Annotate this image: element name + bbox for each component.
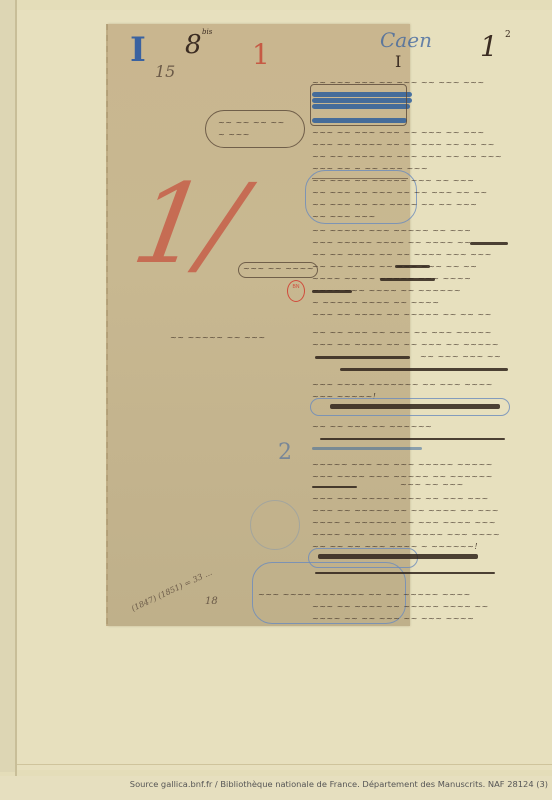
roman-numeral-blue: I bbox=[130, 30, 146, 70]
text-line: ~ ~~~~~ ~~~~ ~~ ~~~~ bbox=[312, 298, 439, 307]
margin-note-loop bbox=[205, 110, 305, 148]
text-line: ~~~ ~~ ~~~ bbox=[400, 480, 464, 489]
mount-bottom-edge bbox=[17, 764, 552, 765]
red-folio-number: 1 bbox=[252, 38, 270, 71]
text-line: ~~~ ~~~~~ ~~~~ ~~ ~~~~ ~~ bbox=[312, 238, 471, 247]
ink-strikethrough bbox=[315, 572, 495, 574]
text-line: ~~~~ ~~~ ~~~~ ~~~~~~ ~~~ ~~~~ bbox=[312, 530, 500, 539]
margin-note-line: ~~ ~~ ~~ ~~ bbox=[218, 118, 285, 127]
text-line: ~~~~ ~~ ~~ ~~~ ~~ ~~~ ~~~~ bbox=[312, 614, 474, 623]
ink-strikethrough bbox=[312, 486, 357, 488]
ink-strikethrough bbox=[320, 438, 505, 440]
pencil-number-18: 18 bbox=[205, 596, 218, 607]
folio-number-8: 8 bbox=[185, 30, 202, 60]
margin-insert: ~~~ ~~ ~~~~ bbox=[243, 264, 314, 273]
ink-strikethrough bbox=[340, 368, 508, 371]
source-caption: Source gallica.bnf.fr / Bibliothèque nat… bbox=[130, 779, 548, 789]
text-line: ~~~ ~~ ~~~~ ~~ ~~~~~ ~~ ~~ ~~ bbox=[312, 310, 492, 319]
text-line: ~~~ ~~ ~~~~~ ~~ ~~ ~~~~ ~~ ~~~ bbox=[312, 506, 499, 515]
text-line: ~~~~~ ~~~ ~~ ~~~ ~~~~~ ~~~~~ bbox=[312, 460, 493, 469]
text-line: ~~~ ~~ ~~~~ ~~ ~~ ~~~ ~~ ~~ ~~ bbox=[312, 140, 495, 149]
page-number-sup: 2 bbox=[505, 30, 511, 40]
ink-strikethrough bbox=[395, 265, 430, 268]
heavy-scribble bbox=[318, 554, 478, 559]
header-title-caen: Caen bbox=[380, 28, 432, 52]
text-line: ~~~ ~~~~ ~~~~~~~ ~~ ~~~ ~~~~ bbox=[312, 380, 493, 389]
chapter-number: I bbox=[395, 52, 401, 71]
faint-blue-circle bbox=[250, 500, 300, 550]
text-line: ~~ ~~~ ~~ ~~~ ~~ ~~ ~~~ ~~ ~~ bbox=[312, 188, 488, 197]
image-viewer: I 8 bis 15 1 Caen I 1 2 1/ ~~ ~~ ~~ ~~ ~… bbox=[0, 0, 552, 776]
text-line: ~~~ ~~ ~~~~ ~~ ~~ ~~~ ~~ ~~~~~ bbox=[312, 340, 499, 349]
text-line: ~~~~ ~ ~~~~~~ ~~ ~~~ ~~~~ ~~~ bbox=[312, 518, 496, 527]
text-line: ~~ ~~~ ~~ ~~ ~~~~ ~~ ~~ ~~~ bbox=[312, 200, 477, 209]
margin-blue-number: 2 bbox=[278, 440, 292, 465]
text-line: ~~~ ~~ ~~~~ ~~ ~~~~~ ~~~~ ~~ bbox=[312, 602, 489, 611]
ink-strikethrough bbox=[312, 290, 352, 293]
text-line: ~~ ~~~~~ ~~~ ~~~~~ ~~ ~~~ bbox=[312, 226, 471, 235]
ink-strikethrough bbox=[380, 278, 435, 281]
text-line: ~~ ~~ ~~~ ~~ ~~~~~~ bbox=[312, 422, 432, 431]
text-line: ~~ ~~ ~~~~ ~~ ~~~ ~~~ ~~ ~~ ~~~ bbox=[312, 152, 502, 161]
ink-box bbox=[310, 84, 407, 126]
ink-strikethrough bbox=[315, 356, 410, 359]
folio-number-sup: bis bbox=[202, 28, 212, 36]
text-line: ~~~ ~~~ ~~~~ ~~~~ ~~ ~~~ ~~~ bbox=[312, 494, 489, 503]
heavy-scribble bbox=[330, 404, 500, 409]
text-line: ~~~ ~~ ~~~ ~~~ ~~ ~~~ ~~ ~~~ bbox=[312, 128, 485, 137]
text-line: ~~~ ~~~~ ~~~~~~~ ~~ ~~ ~~~~~ ~~~~ bbox=[258, 590, 471, 599]
margin-note-line: ~ ~~~ bbox=[218, 130, 250, 139]
margin-note: ~~ ~~~~~ ~~ ~~~ bbox=[170, 333, 266, 342]
page-number: 1 bbox=[480, 30, 498, 63]
blue-strikethrough bbox=[312, 447, 422, 450]
ink-strikethrough bbox=[470, 242, 508, 245]
text-line: ~~ ~~~ ~~~ bbox=[312, 212, 376, 221]
previous-page-edge bbox=[0, 0, 16, 772]
text-line: ~~ ~~ ~~~ ~~ ~~~ ~~ ~~~ ~~~~~ bbox=[312, 328, 492, 337]
text-line: ~~ ~~~ ~~~ ~~ bbox=[420, 352, 501, 361]
text-line: ~~ ~~ ~~~~ ~~ ~~ ~~~~ ~~~ ~~~ bbox=[312, 250, 492, 259]
library-stamp: BN bbox=[287, 280, 305, 302]
text-line: ~~ ~~~ ~~ ~~~~~ ~~~ ~~ ~~~ bbox=[312, 176, 474, 185]
pencil-annotation-15: 15 bbox=[155, 62, 175, 81]
